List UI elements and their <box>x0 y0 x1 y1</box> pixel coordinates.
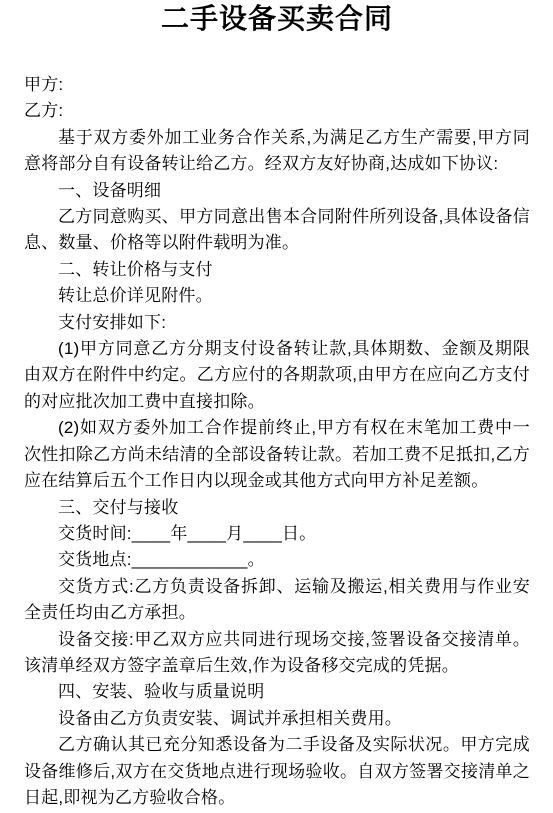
section-1-body: 乙方同意购买、甲方同意出售本合同附件所列设备,具体设备信息、数量、价格等以附件载… <box>24 204 530 257</box>
section-2-payment-intro: 支付安排如下: <box>24 310 530 336</box>
section-1-heading: 一、设备明细 <box>24 178 530 204</box>
acceptance-paragraph: 乙方确认其已充分知悉设备为二手设备及实际状况。甲方完成设备维修后,双方在交货地点… <box>24 732 530 811</box>
delivery-time-line: 交货时间:____年____月____日。 <box>24 521 530 547</box>
section-2-heading: 二、转让价格与支付 <box>24 257 530 283</box>
document-title: 二手设备买卖合同 <box>24 2 530 38</box>
party-a-line: 甲方: <box>24 72 530 98</box>
section-2-clause-2: (2)如双方委外加工合作提前终止,甲方有权在末笔加工费中一次性扣除乙方尚未结清的… <box>24 415 530 494</box>
contract-document-page: 二手设备买卖合同 甲方: 乙方: 基于双方委外加工业务合作关系,为满足乙方生产需… <box>0 0 553 813</box>
party-b-line: 乙方: <box>24 98 530 124</box>
section-2-clause-1: (1)甲方同意乙方分期支付设备转让款,具体期数、金额及期限由双方在附件中约定。乙… <box>24 336 530 415</box>
equipment-handover-paragraph: 设备交接:甲乙双方应共同进行现场交接,签署设备交接清单。该清单经双方签字盖章后生… <box>24 627 530 680</box>
delivery-method-paragraph: 交货方式:乙方负责设备拆卸、运输及搬运,相关费用与作业安全责任均由乙方承担。 <box>24 574 530 627</box>
preamble-paragraph: 基于双方委外加工业务合作关系,为满足乙方生产需要,甲方同意将部分自有设备转让给乙… <box>24 125 530 178</box>
section-2-price-line: 转让总价详见附件。 <box>24 283 530 309</box>
delivery-place-line: 交货地点:____________。 <box>24 547 530 573</box>
section-4-heading: 四、安装、验收与质量说明 <box>24 679 530 705</box>
installation-line: 设备由乙方负责安装、调试并承担相关费用。 <box>24 706 530 732</box>
section-3-heading: 三、交付与接收 <box>24 495 530 521</box>
